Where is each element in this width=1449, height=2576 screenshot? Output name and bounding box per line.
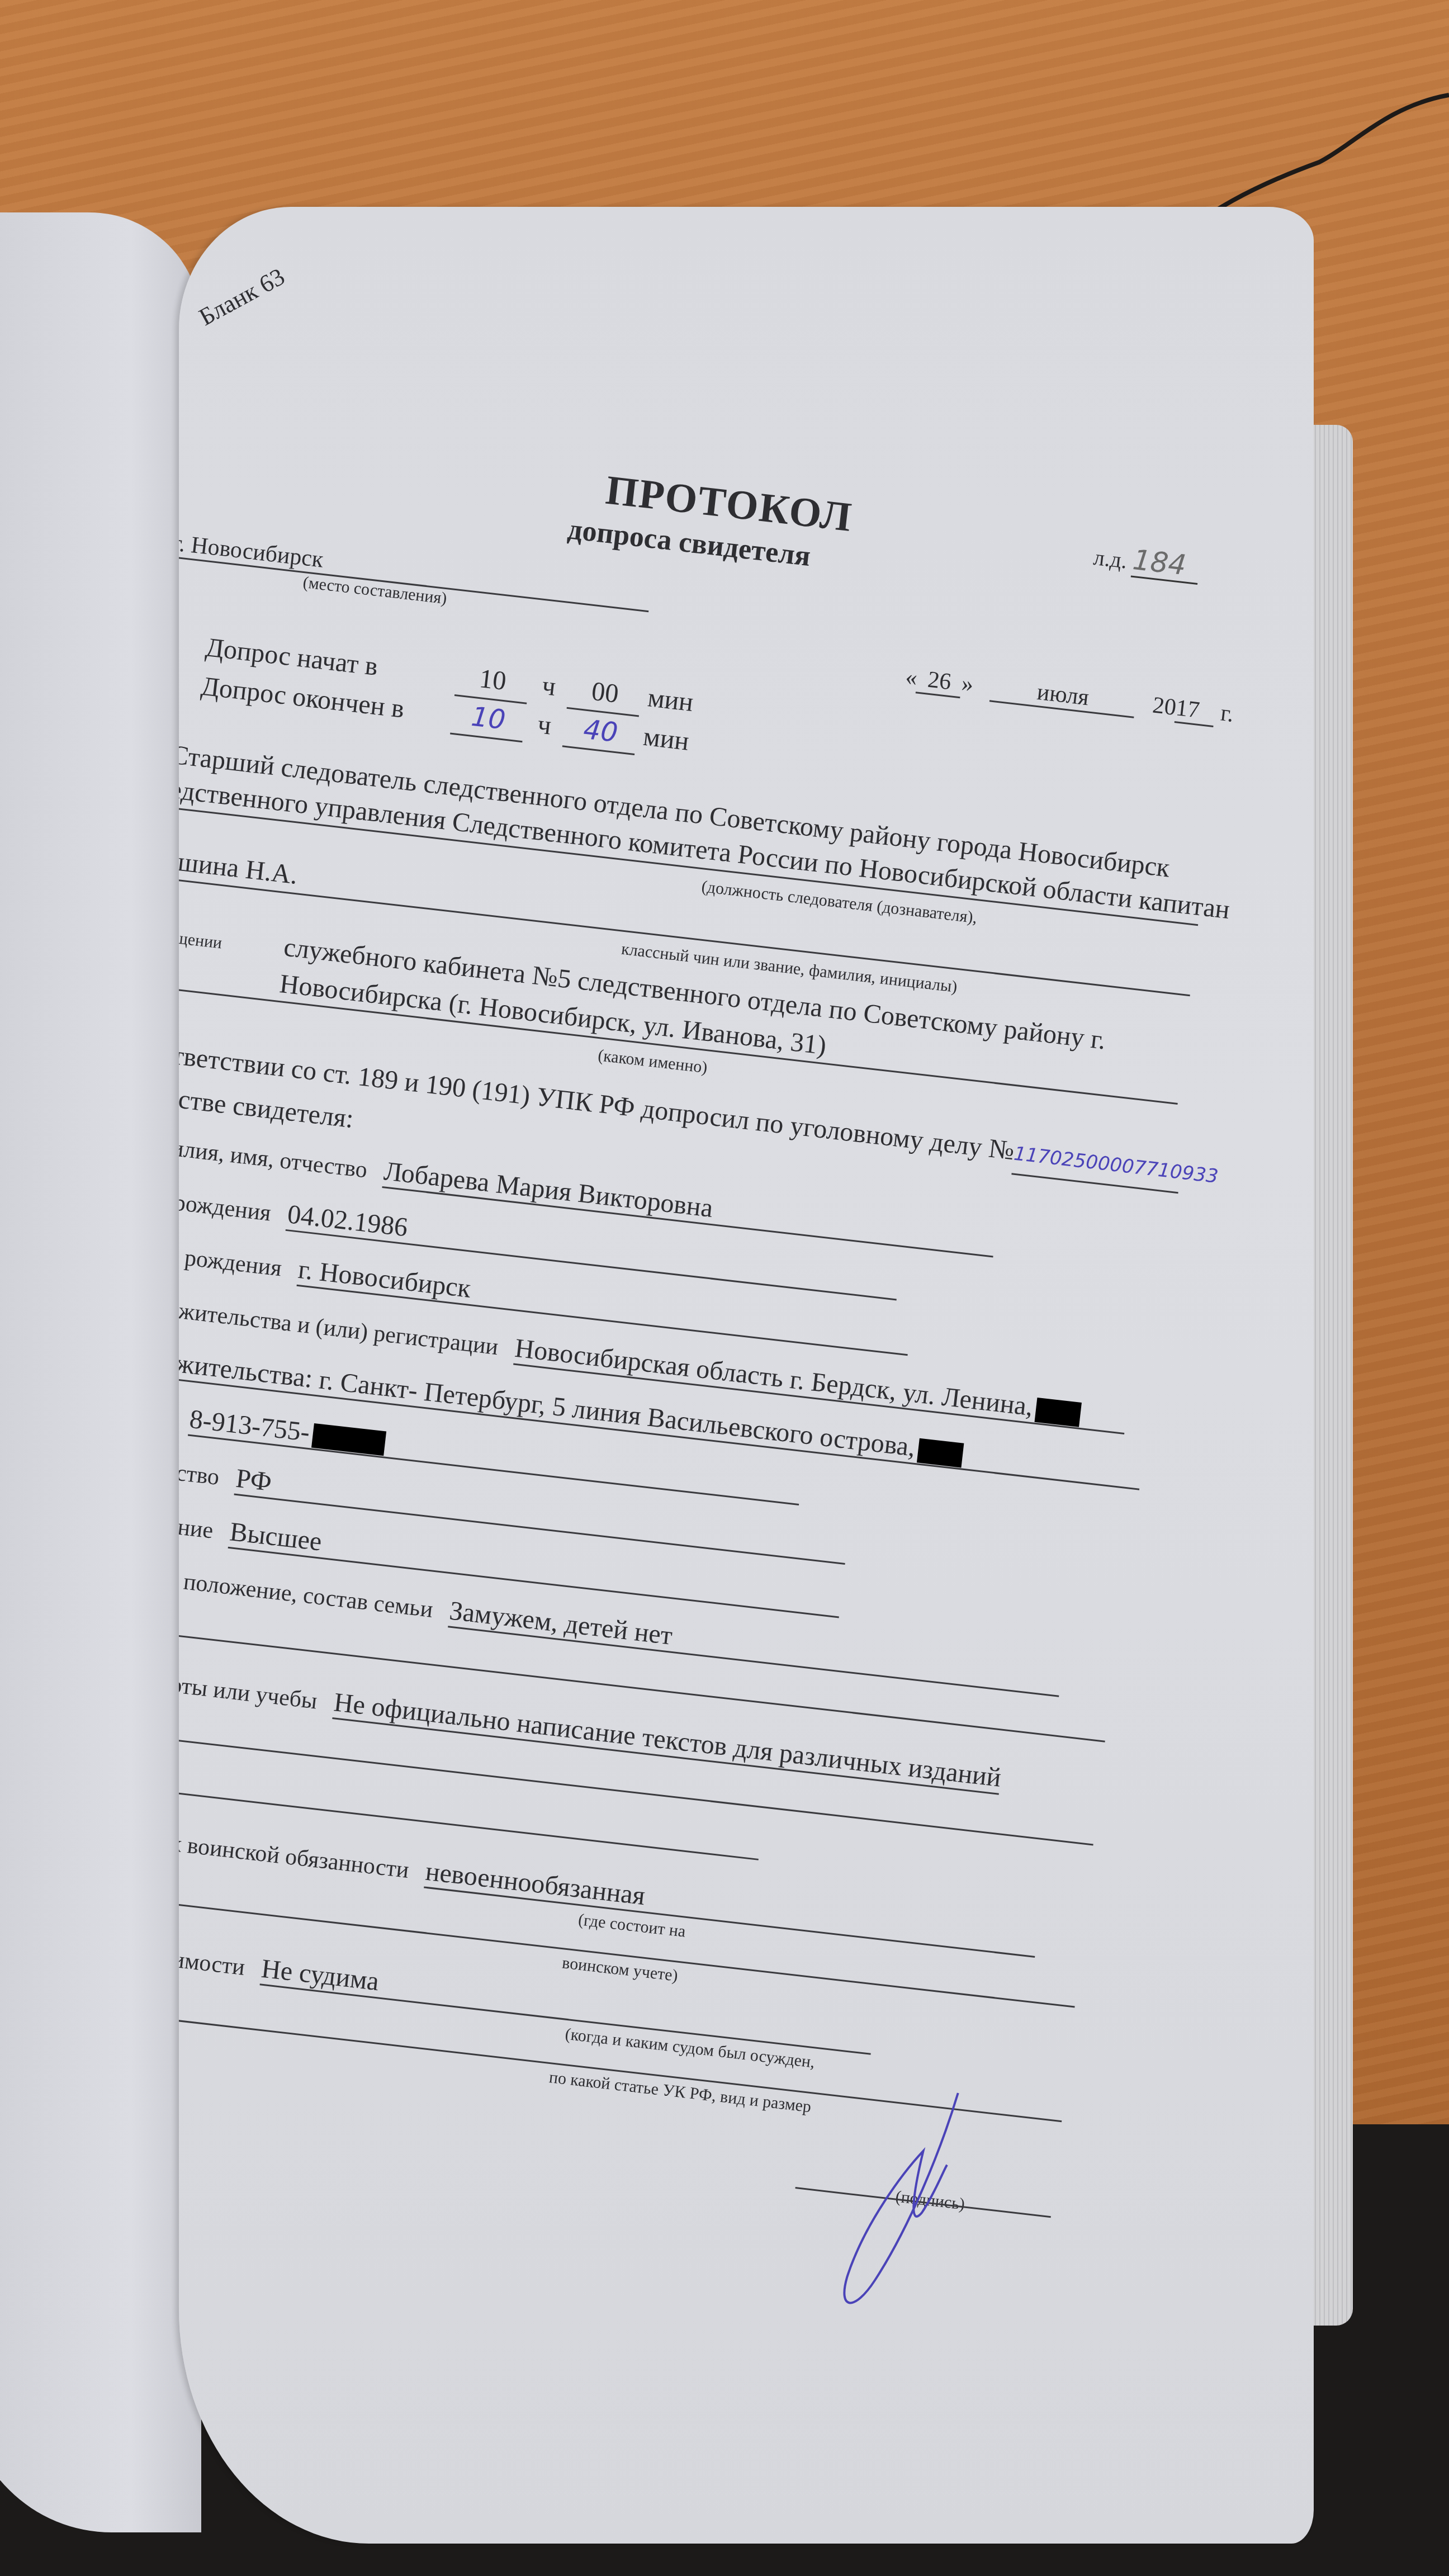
date-quote-close: » [960,671,975,698]
case-sheet-label: л.д. [1092,544,1129,574]
date-month: июля [989,674,1137,718]
field-caption: воинском учете) [561,1953,679,1985]
field-row: 10. Наличие судимостиНе судима [179,1925,1082,2078]
date-field: «26» июля 2017 г. [904,664,1235,730]
redaction-block [1035,1398,1082,1427]
time-end-hours: 10 [450,696,527,742]
field-label: 8. Место работы или учебы [179,1657,319,1715]
field-value: Не официально написание текстов для разл… [332,1687,1003,1795]
field-label: 10. Наличие судимости [179,1928,247,1981]
field-label: 9. Отношение к воинской обязанности [179,1813,410,1884]
field-label: 3. Место рождения [179,1234,283,1282]
redaction-block [917,1438,964,1468]
redaction-block [311,1423,386,1456]
time-start-hours-unit: ч [541,671,557,702]
time-end-minutes-unit: мин [642,722,690,756]
field-label: 5. Гражданство [179,1447,221,1491]
field-label: 6. Образование [179,1500,215,1545]
left-page [0,212,201,2532]
time-block: Допрос начат в 10 ч 00 мин Допрос оконче… [199,629,695,761]
time-start-minutes-unit: мин [646,683,695,717]
date-year-unit: г. [1219,700,1235,727]
case-sheet-number: 184 [1131,543,1201,585]
field-label: 2. Дата рождения [179,1181,272,1227]
protocol-page: Бланк 63 ПРОТОКОЛ допроса свидетеля л.д.… [179,207,1314,2544]
blank-number: Бланк 63 [194,262,289,332]
case-sheet: л.д. 184 [1092,539,1201,585]
date-day: 26 [916,665,963,699]
time-end-minutes: 40 [562,709,639,755]
date-year-suffix: 17 [1175,694,1216,727]
signature-mark [816,2074,987,2324]
protocol-sheet: Бланк 63 ПРОТОКОЛ допроса свидетеля л.д.… [179,291,1290,2359]
time-end-hours-unit: ч [536,709,553,740]
date-year-prefix: 20 [1151,693,1177,721]
field-caption: по какой статье УК РФ, вид и размер [548,2068,812,2116]
